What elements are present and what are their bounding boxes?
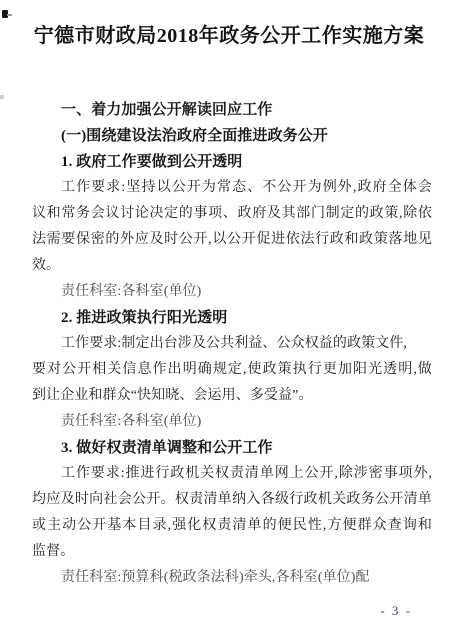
section-heading: 一、着力加强公开解读回应工作 [32,97,432,123]
subsection-heading: (一)围绕建设法治政府全面推进政务公开 [32,123,432,149]
body-line: 监督。 [32,539,432,565]
document-page: 宁德市财政局2018年政务公开工作实施方案 一、着力加强公开解读回应工作 (一)… [0,0,462,637]
item-1-heading: 1. 政府工作要做到公开透明 [32,149,432,175]
responsible-unit-line: 责任科室:预算科(税政条法科)牵头,各科室(单位)配 [32,565,432,591]
body-line: 工作要求:坚持以公开为常态、不公开为例外,政府全体会 [32,175,432,201]
item-2-heading: 2. 推进政策执行阳光透明 [32,305,432,331]
responsible-unit-line: 责任科室:各科室(单位) [32,279,432,305]
body-line: 议和常务会议讨论决定的事项、政府及其部门制定的政策,除依 [32,201,432,227]
scan-smudge [0,95,4,99]
scan-artifact [2,10,8,18]
page-title: 宁德市财政局2018年政务公开工作实施方案 [20,23,438,49]
body-line: 均应及时向社会公开。权责清单纳入各级行政机关政务公开清单 [32,487,432,513]
body-line: 到让企业和群众“快知晓、会运用、多受益”。 [32,383,432,409]
body-line: 工作要求:推进行政机关权责清单网上公开,除涉密事项外, [32,461,432,487]
body-line: 工作要求:制定出台涉及公共利益、公众权益的政策文件, [32,331,432,357]
body-line: 法需要保密的外应及时公开,以公开促进依法行政和政策落地见 [32,227,432,253]
page-number: - 3 - [380,603,412,619]
body-line: 效。 [32,253,432,279]
item-3-heading: 3. 做好权责清单调整和公开工作 [32,435,432,461]
document-body: 一、着力加强公开解读回应工作 (一)围绕建设法治政府全面推进政务公开 1. 政府… [0,97,462,591]
body-line: 或主动公开基本目录,强化权责清单的便民性,方便群众查询和 [32,513,432,539]
body-line: 要对公开相关信息作出明确规定,使政策执行更加阳光透明,做 [32,357,432,383]
responsible-unit-line: 责任科室:各科室(单位) [32,409,432,435]
